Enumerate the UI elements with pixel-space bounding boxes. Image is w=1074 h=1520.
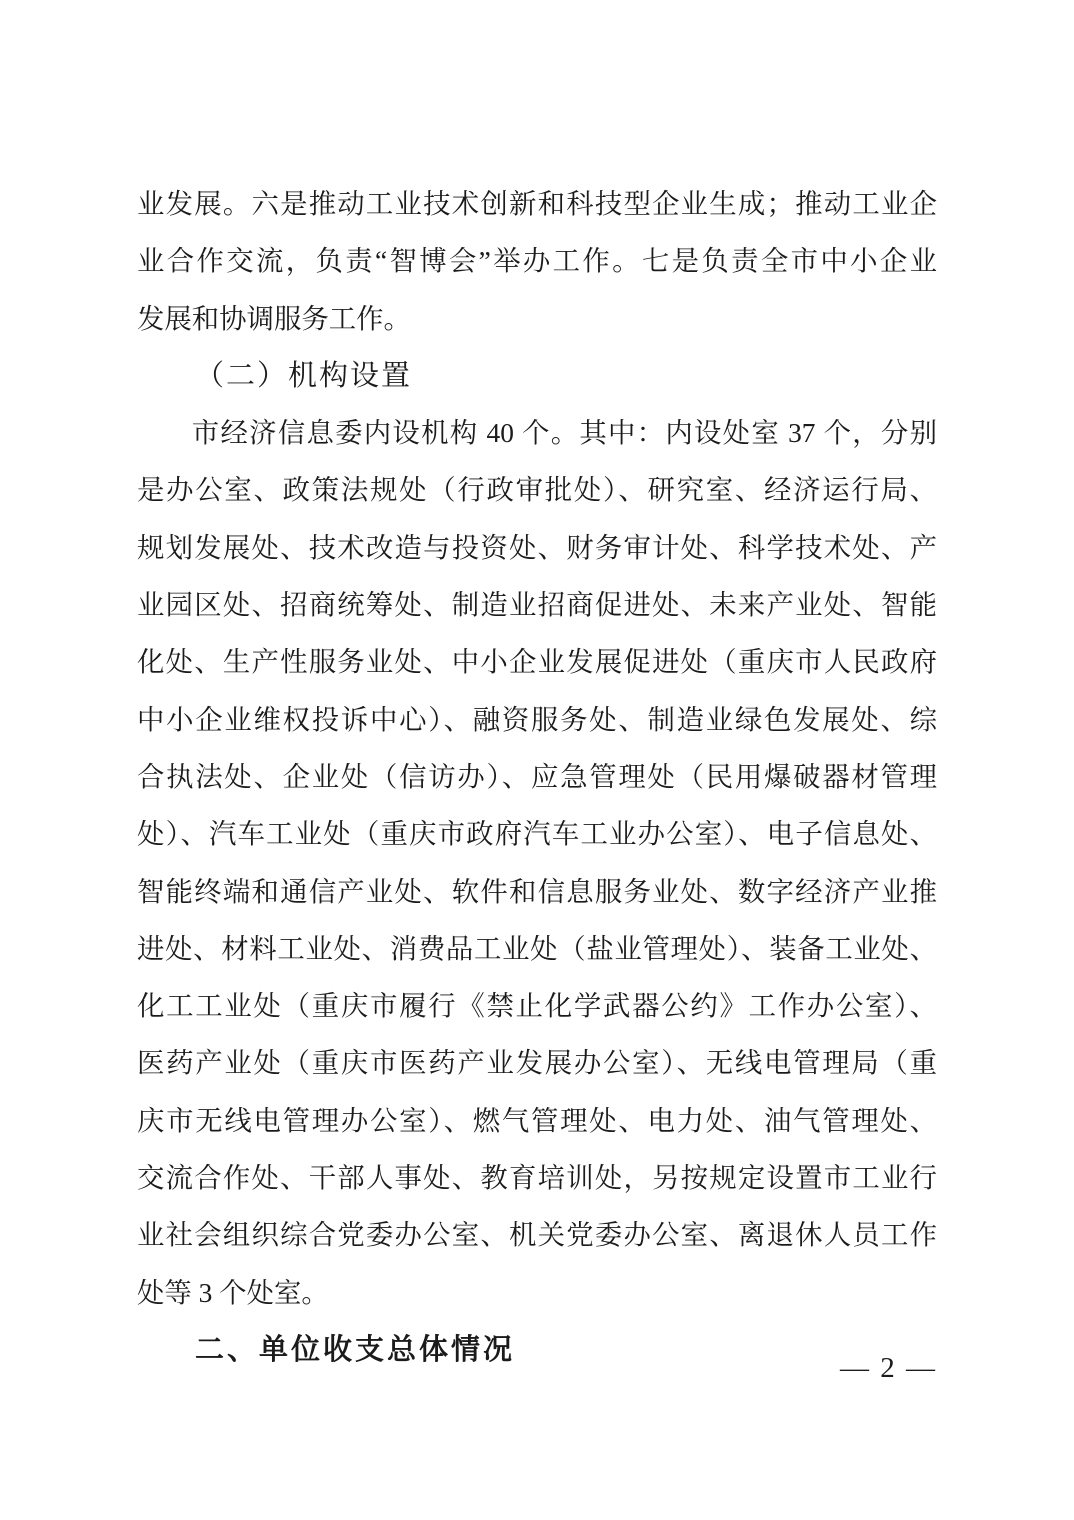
body-line: 业合作交流，负责“智博会”举办工作。七是负责全市中小企业 <box>137 233 937 290</box>
body-line: 发展和协调服务工作。 <box>137 291 937 348</box>
body-line: 业园区处、招商统筹处、制造业招商促进处、未来产业处、智能 <box>137 577 937 634</box>
page-footer: — 2 — <box>840 1350 937 1386</box>
body-line: 规划发展处、技术改造与投资处、财务审计处、科学技术处、产 <box>137 520 937 577</box>
body-line: 医药产业处（重庆市医药产业发展办公室）、无线电管理局（重 <box>137 1035 937 1092</box>
body-line: 化工工业处（重庆市履行《禁止化学武器公约》工作办公室）、 <box>137 978 937 1035</box>
body-line: 交流合作处、干部人事处、教育培训处，另按规定设置市工业行 <box>137 1150 937 1207</box>
subsection-heading: （二）机构设置 <box>137 348 937 405</box>
body-line: 处等 3 个处室。 <box>137 1265 937 1322</box>
body-line: 处）、汽车工业处（重庆市政府汽车工业办公室）、电子信息处、 <box>137 806 937 863</box>
document-body: 业发展。六是推动工业技术创新和科技型企业生成；推动工业企 业合作交流，负责“智博… <box>137 176 937 1379</box>
section-heading: 二、单位收支总体情况 <box>137 1322 937 1379</box>
body-line: 中小企业维权投诉中心）、融资服务处、制造业绿色发展处、综 <box>137 692 937 749</box>
body-line: 化处、生产性服务业处、中小企业发展促进处（重庆市人民政府 <box>137 634 937 691</box>
document-page: 业发展。六是推动工业技术创新和科技型企业生成；推动工业企 业合作交流，负责“智博… <box>0 0 1074 1520</box>
body-line: 业发展。六是推动工业技术创新和科技型企业生成；推动工业企 <box>137 176 937 233</box>
body-line: 智能终端和通信产业处、软件和信息服务业处、数字经济产业推 <box>137 864 937 921</box>
body-line: 庆市无线电管理办公室）、燃气管理处、电力处、油气管理处、 <box>137 1093 937 1150</box>
body-line: 业社会组织综合党委办公室、机关党委办公室、离退休人员工作 <box>137 1207 937 1264</box>
body-line: 合执法处、企业处（信访办）、应急管理处（民用爆破器材管理 <box>137 749 937 806</box>
body-line: 市经济信息委内设机构 40 个。其中：内设处室 37 个，分别 <box>137 405 937 462</box>
paragraph-intro-tail: 业发展。六是推动工业技术创新和科技型企业生成；推动工业企 业合作交流，负责“智博… <box>137 176 937 348</box>
body-line: 进处、材料工业处、消费品工业处（盐业管理处）、装备工业处、 <box>137 921 937 978</box>
body-line: 是办公室、政策法规处（行政审批处）、研究室、经济运行局、 <box>137 462 937 519</box>
paragraph-org-setup: 市经济信息委内设机构 40 个。其中：内设处室 37 个，分别 是办公室、政策法… <box>137 405 937 1322</box>
